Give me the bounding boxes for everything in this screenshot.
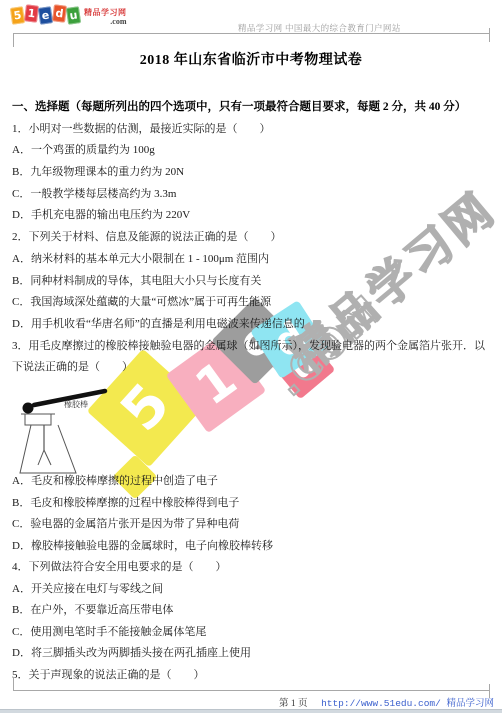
document-page: 51eud 精品学习网 .COM 51edu 精品学习网 .com 精品学习网 … <box>0 0 502 713</box>
footer-left-tick <box>13 677 14 691</box>
page-title: 2018 年山东省临沂市中考物理试卷 <box>0 49 502 69</box>
electroscope-figure: 橡胶棒 <box>12 384 112 483</box>
text-line: 2．下列关于材料、信息及能源的说法正确的是（ ） <box>12 227 498 249</box>
footer-site-link[interactable]: http://www.51edu.com/ 精品学习网 <box>321 695 494 709</box>
site-logo[interactable]: 51edu 精品学习网 .com <box>11 5 127 26</box>
text-line: C．使用测电笔时手不能接触金属体笔尾 <box>12 622 498 644</box>
text-line: A．毛皮和橡胶棒摩擦的过程中创造了电子 <box>12 471 498 493</box>
text-line: 5．关于声现象的说法正确的是（ ） <box>12 665 498 687</box>
text-line: A．开关应接在电灯与零线之间 <box>12 579 498 601</box>
page-bottom-edge <box>0 709 502 713</box>
text-line: C．一般教学楼每层楼高约为 3.3m <box>12 184 498 206</box>
text-line: C．验电器的金属箔片张开是因为带了异种电荷 <box>12 514 498 536</box>
text-line: D．手机充电器的输出电压约为 220V <box>12 205 498 227</box>
logo-wordmark: 精品学习网 .com <box>84 8 127 26</box>
text-line: B．在户外，不要靠近高压带电体 <box>12 600 498 622</box>
header-left-tick <box>13 33 14 47</box>
logo-letter-tile: 1 <box>24 4 39 22</box>
foil-leaf-right <box>44 450 51 465</box>
metal-ball <box>23 403 34 414</box>
text-line: D．橡胶棒接触验电器的金属球时，电子向橡胶棒转移 <box>12 536 498 558</box>
question-text-block-bottom: A．毛皮和橡胶棒摩擦的过程中创造了电子B．毛皮和橡胶棒摩擦的过程中橡胶棒得到电子… <box>12 471 498 686</box>
footer-rule <box>13 690 489 691</box>
foil-leaf-left <box>38 450 44 465</box>
logo-letter-tile: d <box>52 4 67 22</box>
text-line: 1．小明对一些数据的估测，最接近实际的是（ ） <box>12 119 498 141</box>
text-line: C．我国海域深处蕴藏的大量“可燃冰”属于可再生能源 <box>12 292 498 314</box>
text-line: 3．用毛皮摩擦过的橡胶棒接触验电器的金属球（如图所示），发现验电器的两个金属箔片… <box>12 336 498 358</box>
text-line: 4．下列做法符合安全用电要求的是（ ） <box>12 557 498 579</box>
text-line: 下说法正确的是（ ） <box>12 357 498 379</box>
logo-letter-tile: u <box>66 6 81 25</box>
figure-label: 橡胶棒 <box>64 399 88 409</box>
text-line: B．同种材料制成的导体，其电阻大小只与长度有关 <box>12 271 498 293</box>
text-line: D．将三脚插头改为两脚插头接在两孔插座上使用 <box>12 643 498 665</box>
logo-brand-cn: 精品学习网 <box>84 8 127 17</box>
logo-brand-domain: .com <box>84 17 127 26</box>
page-number: 第 1 页 <box>279 695 308 709</box>
logo-letter-tile: 5 <box>10 6 25 25</box>
text-line: A．纳米材料的基本单元大小限制在 1 - 100μm 范围内 <box>12 249 498 271</box>
text-line: A．一个鸡蛋的质量约为 100g <box>12 140 498 162</box>
text-line: 一、选择题（每题所列出的四个选项中，只有一项最符合题目要求，每题 2 分，共 4… <box>12 97 498 119</box>
text-line: B．九年级物理课本的重力约为 20N <box>12 162 498 184</box>
header-right-tick <box>489 28 490 42</box>
electroscope-cap <box>25 414 51 425</box>
text-line: D．用手机收看“华唐名师”的直播是利用电磁波来传递信息的 <box>12 314 498 336</box>
question-text-block-top: 一、选择题（每题所列出的四个选项中，只有一项最符合题目要求，每题 2 分，共 4… <box>12 97 498 379</box>
header-rule <box>13 33 489 34</box>
logo-letter-tile: e <box>38 6 53 25</box>
flask-body <box>20 425 76 473</box>
text-line: B．毛皮和橡胶棒摩擦的过程中橡胶棒得到电子 <box>12 493 498 515</box>
